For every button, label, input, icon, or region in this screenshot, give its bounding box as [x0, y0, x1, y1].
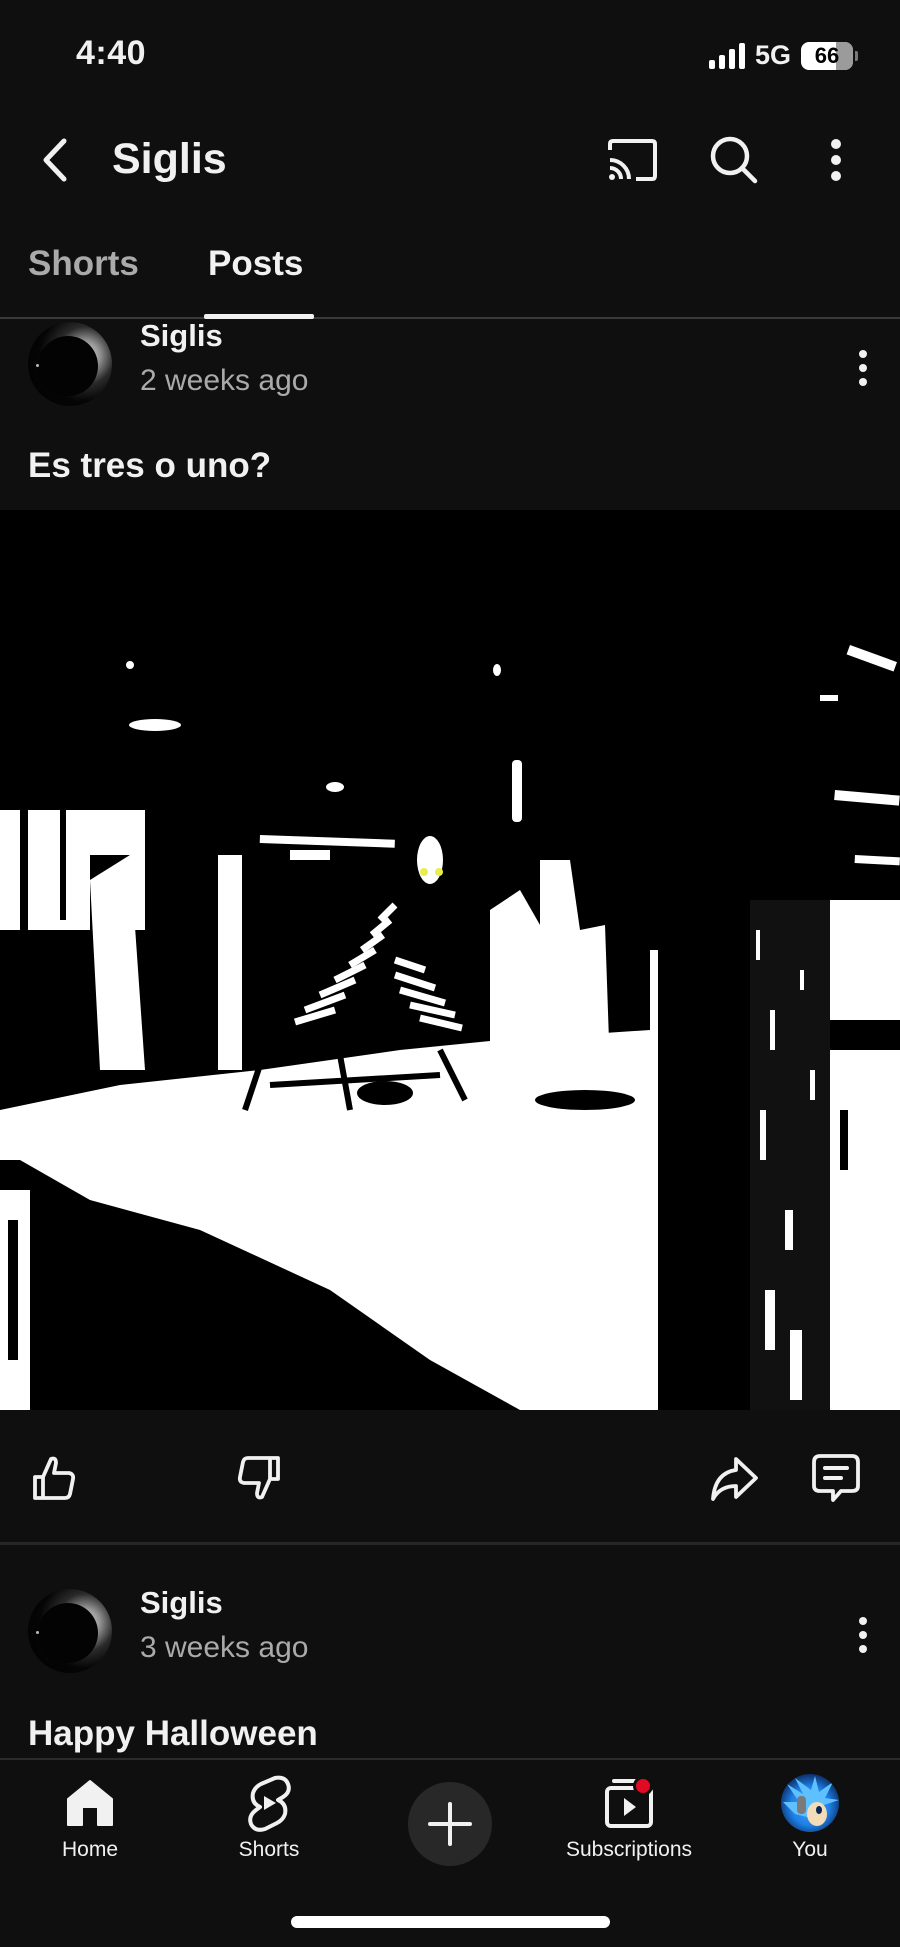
channel-tabs: Shorts Posts — [0, 230, 900, 319]
post-time: 2 weeks ago — [140, 364, 308, 398]
post-caption: Es tres o uno? — [28, 446, 271, 486]
more-vert-icon — [859, 1617, 867, 1625]
channel-avatar[interactable] — [28, 1589, 112, 1673]
signal-icon — [709, 43, 745, 69]
search-icon — [709, 135, 759, 185]
comment-button[interactable] — [808, 1450, 864, 1506]
channel-title: Siglis — [112, 135, 227, 184]
more-options-button[interactable] — [808, 132, 864, 188]
post-more-button[interactable] — [848, 338, 878, 398]
post-author[interactable]: Siglis — [140, 1585, 223, 1621]
notification-dot — [633, 1776, 653, 1796]
nav-label-subscriptions: Subscriptions — [566, 1838, 692, 1862]
post-photo — [0, 510, 900, 1410]
home-icon — [64, 1777, 116, 1829]
like-icon — [29, 1453, 79, 1503]
tab-shorts[interactable]: Shorts — [28, 244, 139, 284]
battery-tip — [855, 51, 858, 61]
nav-home[interactable]: Home — [5, 1774, 175, 1862]
cast-button[interactable] — [604, 132, 660, 188]
shorts-icon — [245, 1774, 293, 1832]
user-avatar — [781, 1774, 839, 1832]
post-time: 3 weeks ago — [140, 1631, 308, 1665]
dislike-icon — [234, 1453, 284, 1503]
app-header: Siglis — [0, 110, 900, 210]
post-actions — [0, 1410, 900, 1545]
dislike-button[interactable] — [231, 1450, 287, 1506]
post-more-button[interactable] — [848, 1605, 878, 1665]
share-icon — [708, 1453, 760, 1503]
create-plus-icon — [428, 1802, 472, 1846]
battery-icon: 66 — [801, 42, 853, 70]
post-author[interactable]: Siglis — [140, 318, 223, 354]
channel-avatar[interactable] — [28, 322, 112, 406]
tab-posts[interactable]: Posts — [208, 244, 303, 284]
back-icon — [40, 137, 70, 183]
nav-you[interactable]: You — [725, 1774, 895, 1862]
search-button[interactable] — [706, 132, 762, 188]
post-header: Siglis 3 weeks ago — [0, 1585, 900, 1685]
nav-label-you: You — [792, 1838, 827, 1862]
more-vert-icon — [830, 138, 842, 182]
nav-label-home: Home — [62, 1838, 118, 1862]
status-time: 4:40 — [76, 34, 146, 73]
nav-label-shorts: Shorts — [239, 1838, 300, 1862]
back-button[interactable] — [30, 134, 80, 186]
nav-shorts[interactable]: Shorts — [184, 1774, 354, 1862]
comment-icon — [811, 1453, 861, 1503]
cast-icon — [606, 138, 658, 182]
post-image[interactable] — [0, 510, 900, 1410]
status-indicators: 5G 66 — [709, 40, 858, 71]
status-bar: 4:40 5G 66 — [0, 0, 900, 110]
create-button[interactable] — [408, 1782, 492, 1866]
post-caption: Happy Halloween — [28, 1714, 318, 1754]
more-vert-icon — [859, 350, 867, 358]
network-type: 5G — [755, 40, 791, 71]
nav-subscriptions[interactable]: Subscriptions — [544, 1774, 714, 1862]
post-header: Siglis 2 weeks ago — [0, 318, 900, 418]
share-button[interactable] — [706, 1450, 762, 1506]
battery-level: 66 — [815, 43, 839, 69]
like-button[interactable] — [26, 1450, 82, 1506]
home-indicator — [291, 1916, 610, 1928]
